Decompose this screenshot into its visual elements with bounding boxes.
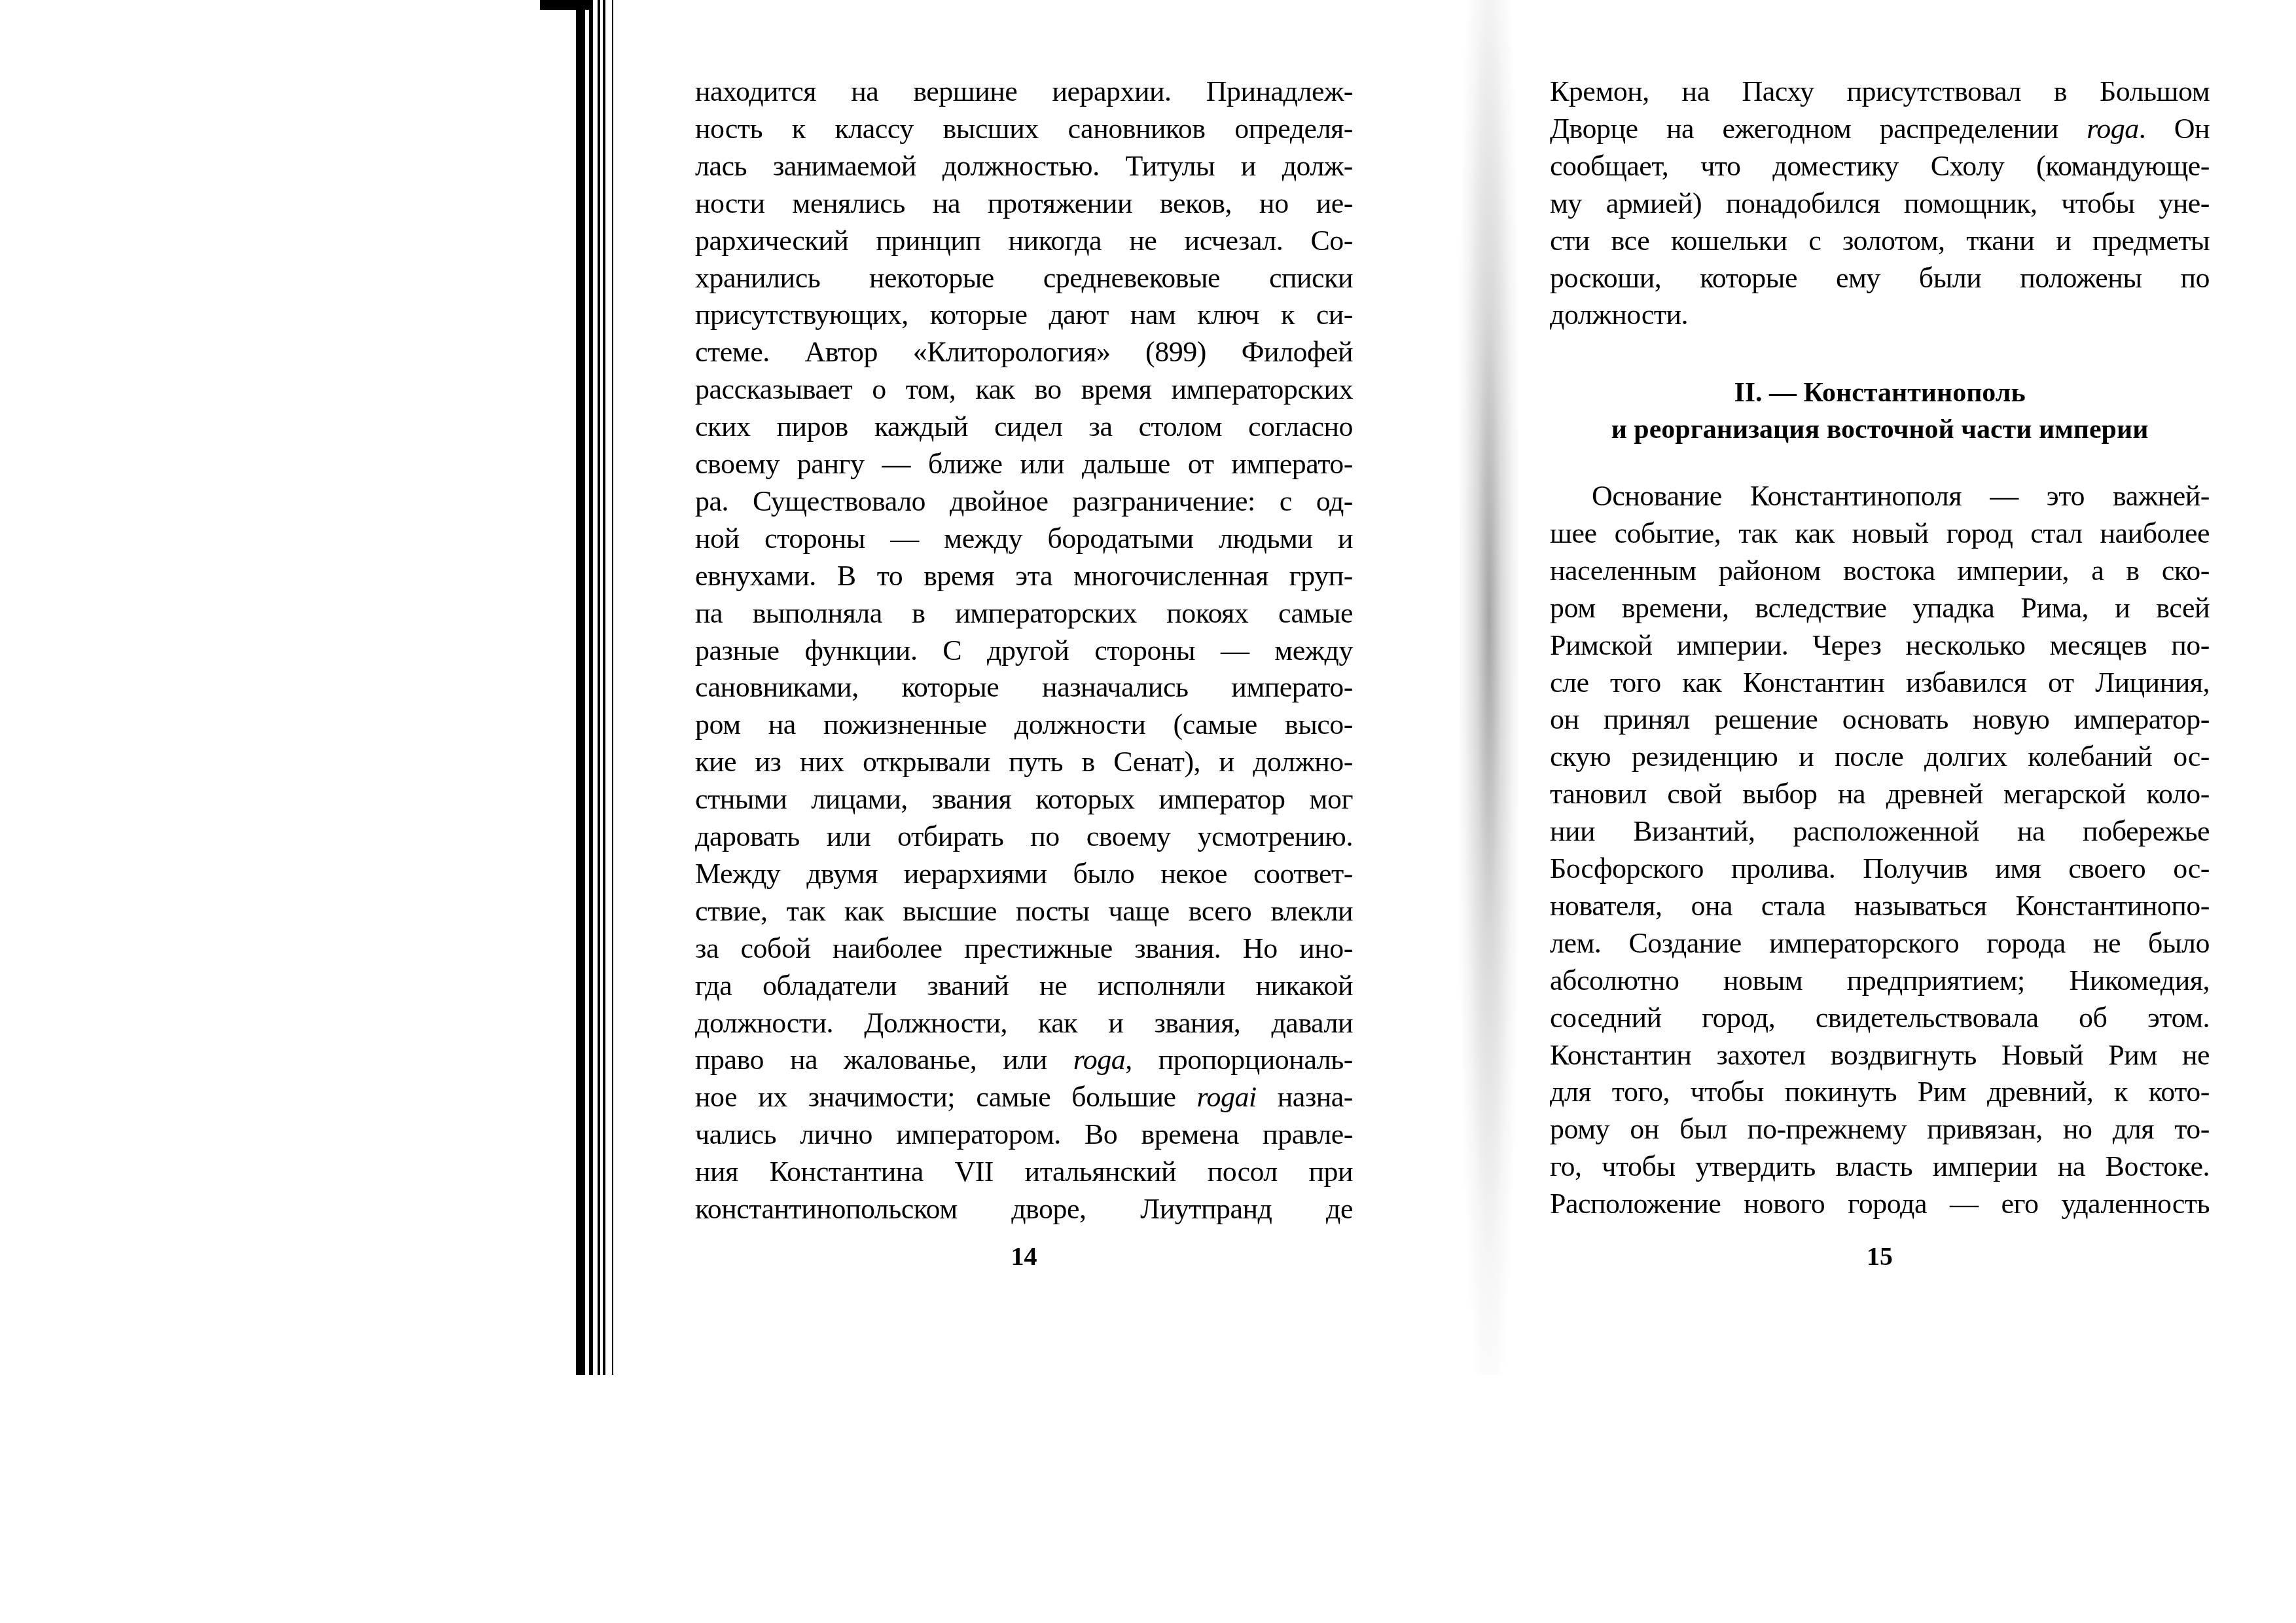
text-line: рому он был по-прежнему привязан, но для… (1550, 1111, 2210, 1148)
text-line: своему рангу — ближе или дальше от импер… (695, 446, 1353, 483)
text-line: Расположение нового города — его удаленн… (1550, 1186, 2210, 1222)
text-line: должности. (1550, 297, 2210, 333)
text-line: константинопольском дворе, Лиутпранд де (695, 1191, 1353, 1228)
text-line: право на жалованье, или roga, пропорцион… (695, 1042, 1353, 1078)
text-line: па выполняла в императорских покоях самы… (695, 595, 1353, 632)
text-line: ной стороны — между бородатыми людьми и (695, 520, 1353, 557)
text-line: кие из них открывали путь в Сенат), и до… (695, 744, 1353, 780)
spine-line (603, 0, 605, 1375)
text-line: рархический принцип никогда не исчезал. … (695, 223, 1353, 259)
text-line: сообщает, что доместику Схолу (командующ… (1550, 148, 2210, 185)
text-line: нователя, она стала называться Константи… (1550, 888, 2210, 924)
text-line: скую резиденцию и после долгих колебаний… (1550, 739, 2210, 775)
text-line: ром на пожизненные должности (самые высо… (695, 706, 1353, 743)
text-line: для того, чтобы покинуть Рим древний, к … (1550, 1074, 2210, 1110)
text-line: тановил свой выбор на древней мегарской … (1550, 776, 2210, 812)
page-number-15: 15 (1550, 1241, 2210, 1271)
text-line: Дворце на ежегодном распределении roga. … (1550, 111, 2210, 147)
spine-line (598, 0, 600, 1375)
text-line: Основание Константинополя — это важней- (1550, 478, 2210, 515)
text-line: лась занимаемой должностью. Титулы и дол… (695, 148, 1353, 185)
spine-line (576, 0, 585, 1375)
text-line: чались лично императором. Во времена пра… (695, 1116, 1353, 1153)
text-line: он принял решение основать новую императ… (1550, 701, 2210, 738)
spine-line (612, 0, 613, 1375)
text-line: му армией) понадобился помощник, чтобы у… (1550, 185, 2210, 222)
text-line: Между двумя иерархиями было некое соотве… (695, 856, 1353, 892)
text-line: сле того как Константин избавился от Лиц… (1550, 665, 2210, 701)
text-line: присутствующих, которые дают нам ключ к … (695, 297, 1353, 333)
text-line: Римской империи. Через несколько месяцев… (1550, 627, 2210, 664)
text-line: ром времени, вследствие упадка Рима, и в… (1550, 590, 2210, 627)
text-line: ность к классу высших сановников определ… (695, 111, 1353, 147)
text-line: Константин захотел воздвигнуть Новый Рим… (1550, 1037, 2210, 1074)
text-line: лем. Создание императорского города не б… (1550, 925, 2210, 962)
text-line: роскоши, которые ему были положены по (1550, 260, 2210, 297)
text-line: соседний город, свидетельствовала об это… (1550, 1000, 2210, 1036)
spine-line (589, 0, 593, 1375)
text-line: гда обладатели званий не исполняли никак… (695, 968, 1353, 1004)
text-line: должности. Должности, как и звания, дава… (695, 1005, 1353, 1042)
text-line: ра. Существовало двойное разграничение: … (695, 483, 1353, 520)
text-line: сти все кошельки с золотом, ткани и пред… (1550, 223, 2210, 259)
text-line: разные функции. С другой стороны — между (695, 632, 1353, 669)
text-line: хранились некоторые средневековые списки (695, 260, 1353, 297)
text-line: за собой наиболее престижные звания. Но … (695, 930, 1353, 967)
text-line: Босфорского пролива. Получив имя своего … (1550, 850, 2210, 887)
text-line: ния Константина VII итальянский посол пр… (695, 1154, 1353, 1190)
text-line: ности менялись на протяжении веков, но и… (695, 185, 1353, 222)
text-line: ствие, так как высшие посты чаще всего в… (695, 893, 1353, 930)
text-line: стеме. Автор «Клиторология» (899) Филофе… (695, 334, 1353, 371)
text-line: ских пиров каждый сидел за столом соглас… (695, 409, 1353, 445)
text-line: находится на вершине иерархии. Принадлеж… (695, 73, 1353, 110)
text-line: Кремон, на Пасху присутствовал в Большом (1550, 73, 2210, 110)
page-number-14: 14 (695, 1241, 1353, 1271)
text-line: нии Византий, расположенной на побережье (1550, 813, 2210, 850)
text-line: евнухами. В то время эта многочисленная … (695, 558, 1353, 594)
text-line: даровать или отбирать по своему усмотрен… (695, 818, 1353, 855)
text-line: сановниками, которые назначались императ… (695, 669, 1353, 706)
text-line: стными лицами, звания которых император … (695, 781, 1353, 818)
text-line: абсолютно новым предприятием; Никомедия, (1550, 962, 2210, 999)
gutter-shadow (1460, 0, 1518, 1375)
text-line: рассказывает о том, как во время императ… (695, 371, 1353, 408)
section-heading-line2: и реорганизация восточной части империи (1550, 411, 2210, 448)
text-line: го, чтобы утвердить власть империи на Во… (1550, 1148, 2210, 1185)
text-line: ное их значимости; самые большие rogai н… (695, 1079, 1353, 1116)
section-heading-line1: II. — Константинополь (1550, 374, 2210, 411)
text-line: шее событие, так как новый город стал на… (1550, 515, 2210, 552)
text-line: населенным районом востока империи, а в … (1550, 553, 2210, 589)
